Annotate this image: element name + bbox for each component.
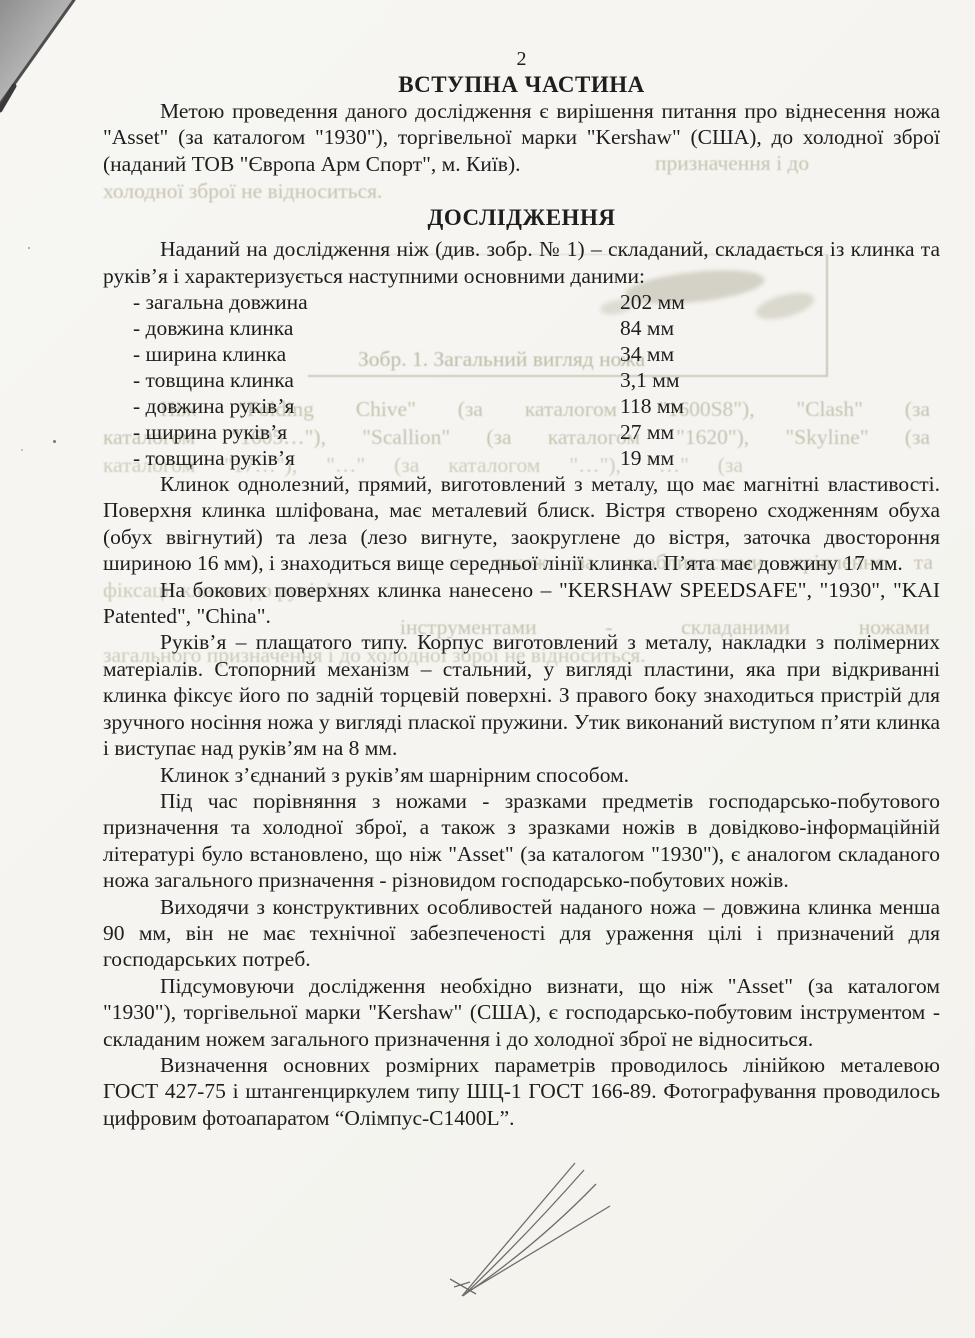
- measurement-row: - товщина клинка 3,1 мм: [103, 367, 940, 393]
- body-paragraph: Під час порівняння з ножами - зразками п…: [103, 788, 940, 894]
- body-paragraph: Клинок з’єднаний з руків’ям шарнірним сп…: [103, 762, 940, 788]
- measurement-label: - довжина клинка: [103, 315, 620, 341]
- measurement-row: - довжина руків’я 118 мм: [103, 393, 940, 419]
- page-number: 2: [103, 46, 940, 72]
- document-body: 2 ВСТУПНА ЧАСТИНА Метою проведення даног…: [103, 46, 940, 1131]
- measurement-row: - довжина клинка 84 мм: [103, 315, 940, 341]
- scanned-document-page: призначення і до холодної зброї не відно…: [0, 0, 975, 1338]
- body-paragraph: На бокових поверхнях клинка нанесено – "…: [103, 577, 940, 630]
- research-intro-paragraph: Наданий на дослідження ніж (див. зобр. №…: [103, 236, 940, 289]
- measurement-row: - загальна довжина 202 мм: [103, 289, 940, 315]
- scan-speck: [28, 247, 30, 249]
- section-title-intro: ВСТУПНА ЧАСТИНА: [103, 72, 940, 98]
- measurement-value: 118 мм: [620, 393, 940, 419]
- measurement-value: 84 мм: [620, 315, 940, 341]
- measurement-value: 34 мм: [620, 341, 940, 367]
- measurement-label: - загальна довжина: [103, 289, 620, 315]
- signature-stroke: [430, 1148, 630, 1308]
- measurement-label: - довжина руків’я: [103, 393, 620, 419]
- measurement-label: - товщина клинка: [103, 367, 620, 393]
- body-paragraph: Підсумовуючи дослідження необхідно визна…: [103, 973, 940, 1052]
- measurement-value: 27 мм: [620, 419, 940, 445]
- measurement-label: - ширина руків’я: [103, 419, 620, 445]
- body-paragraph: Виходячи з конструктивних особливостей н…: [103, 894, 940, 973]
- measurement-row: - ширина руків’я 27 мм: [103, 419, 940, 445]
- measurement-row: - ширина клинка 34 мм: [103, 341, 940, 367]
- body-paragraph: Визначення основних розмірних параметрів…: [103, 1052, 940, 1131]
- section-title-research: ДОСЛІДЖЕННЯ: [103, 205, 940, 231]
- scan-speck: [53, 440, 56, 443]
- measurement-label: - ширина клинка: [103, 341, 620, 367]
- scan-speck: [21, 449, 23, 451]
- measurement-row: - товщина руків’я 19 мм: [103, 445, 940, 471]
- measurement-value: 202 мм: [620, 289, 940, 315]
- measurement-label: - товщина руків’я: [103, 445, 620, 471]
- measurement-value: 19 мм: [620, 445, 940, 471]
- measurement-value: 3,1 мм: [620, 367, 940, 393]
- body-paragraph: Руків’я – плащатого типу. Корпус виготов…: [103, 629, 940, 761]
- intro-paragraph: Метою проведення даного дослідження є ви…: [103, 98, 940, 177]
- page-corner-fold: [0, 0, 110, 140]
- body-paragraph: Клинок однолезний, прямий, виготовлений …: [103, 471, 940, 577]
